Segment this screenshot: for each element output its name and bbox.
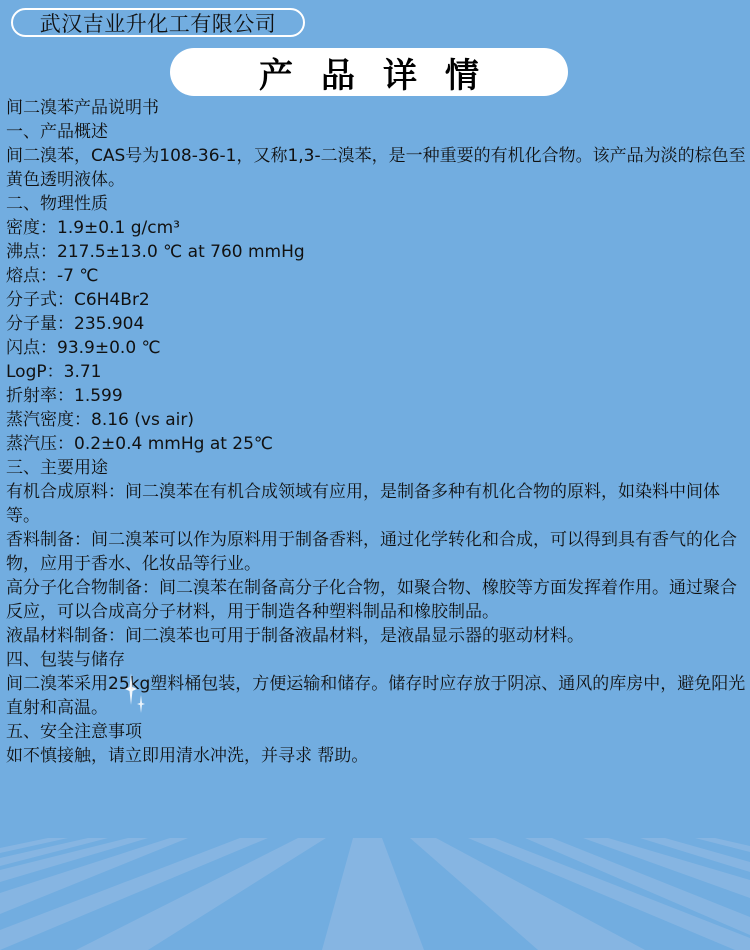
section-heading-physical-properties: 二、物理性质 xyxy=(6,192,746,216)
section-title: 产品详情 xyxy=(259,48,507,97)
property-formula: 分子式：C6H4Br2 xyxy=(6,288,746,312)
property-melting-point: 熔点：-7 ℃ xyxy=(6,264,746,288)
company-name-badge: 武汉吉业升化工有限公司 xyxy=(11,8,305,37)
section-title-banner: 产品详情 xyxy=(170,48,568,96)
property-refractive-index: 折射率：1.599 xyxy=(6,384,746,408)
property-molecular-weight: 分子量：235.904 xyxy=(6,312,746,336)
property-value: 3.71 xyxy=(64,362,102,382)
section-heading-uses: 三、主要用途 xyxy=(6,456,746,480)
property-label: 闪点： xyxy=(6,338,57,358)
use-organic-synthesis: 有机合成原料：间二溴苯在有机合成领域有应用，是制备多种有机化合物的原料，如染料中… xyxy=(6,480,746,528)
property-label: 蒸汽密度： xyxy=(6,410,91,430)
use-fragrance: 香料制备：间二溴苯可以作为原料用于制备香料，通过化学转化和合成，可以得到具有香气… xyxy=(6,528,746,576)
property-value: 235.904 xyxy=(74,314,144,334)
overview-paragraph: 间二溴苯，CAS号为108-36-1，又称1,3-二溴苯，是一种重要的有机化合物… xyxy=(6,144,746,192)
property-label: 蒸汽压： xyxy=(6,434,74,454)
packaging-paragraph: 间二溴苯采用25kg塑料桶包装，方便运输和储存。储存时应存放于阴凉、通风的库房中… xyxy=(6,672,746,720)
property-value: 8.16 (vs air) xyxy=(91,410,194,430)
property-vapor-density: 蒸汽密度：8.16 (vs air) xyxy=(6,408,746,432)
safety-paragraph: 如不慎接触，请立即用清水冲洗，并寻求 帮助。 xyxy=(6,744,746,768)
property-value: 217.5±13.0 ℃ at 760 mmHg xyxy=(57,242,305,262)
use-liquid-crystal: 液晶材料制备：间二溴苯也可用于制备液晶材料，是液晶显示器的驱动材料。 xyxy=(6,624,746,648)
property-value: 93.9±0.0 ℃ xyxy=(57,338,161,358)
document-title: 间二溴苯产品说明书 xyxy=(6,96,746,120)
property-value: 0.2±0.4 mmHg at 25℃ xyxy=(74,434,273,454)
property-label: 密度： xyxy=(6,218,57,238)
product-description: 间二溴苯产品说明书 一、产品概述 间二溴苯，CAS号为108-36-1，又称1,… xyxy=(6,96,746,768)
property-label: 分子量： xyxy=(6,314,74,334)
property-logp: LogP：3.71 xyxy=(6,360,746,384)
property-label: 分子式： xyxy=(6,290,74,310)
section-heading-safety: 五、安全注意事项 xyxy=(6,720,746,744)
property-density: 密度：1.9±0.1 g/cm³ xyxy=(6,216,746,240)
property-label: LogP： xyxy=(6,362,64,382)
property-value: 1.599 xyxy=(74,386,123,406)
use-polymers: 高分子化合物制备：间二溴苯在制备高分子化合物，如聚合物、橡胶等方面发挥着作用。通… xyxy=(6,576,746,624)
company-name: 武汉吉业升化工有限公司 xyxy=(40,8,277,38)
property-label: 沸点： xyxy=(6,242,57,262)
sparkle-icon xyxy=(125,673,149,713)
property-value: 1.9±0.1 g/cm³ xyxy=(57,218,180,238)
section-heading-overview: 一、产品概述 xyxy=(6,120,746,144)
property-value: -7 ℃ xyxy=(57,266,98,286)
property-label: 折射率： xyxy=(6,386,74,406)
property-value: C6H4Br2 xyxy=(74,290,150,310)
property-boiling-point: 沸点：217.5±13.0 ℃ at 760 mmHg xyxy=(6,240,746,264)
property-flash-point: 闪点：93.9±0.0 ℃ xyxy=(6,336,746,360)
section-heading-packaging: 四、包装与储存 xyxy=(6,648,746,672)
property-label: 熔点： xyxy=(6,266,57,286)
property-vapor-pressure: 蒸汽压：0.2±0.4 mmHg at 25℃ xyxy=(6,432,746,456)
